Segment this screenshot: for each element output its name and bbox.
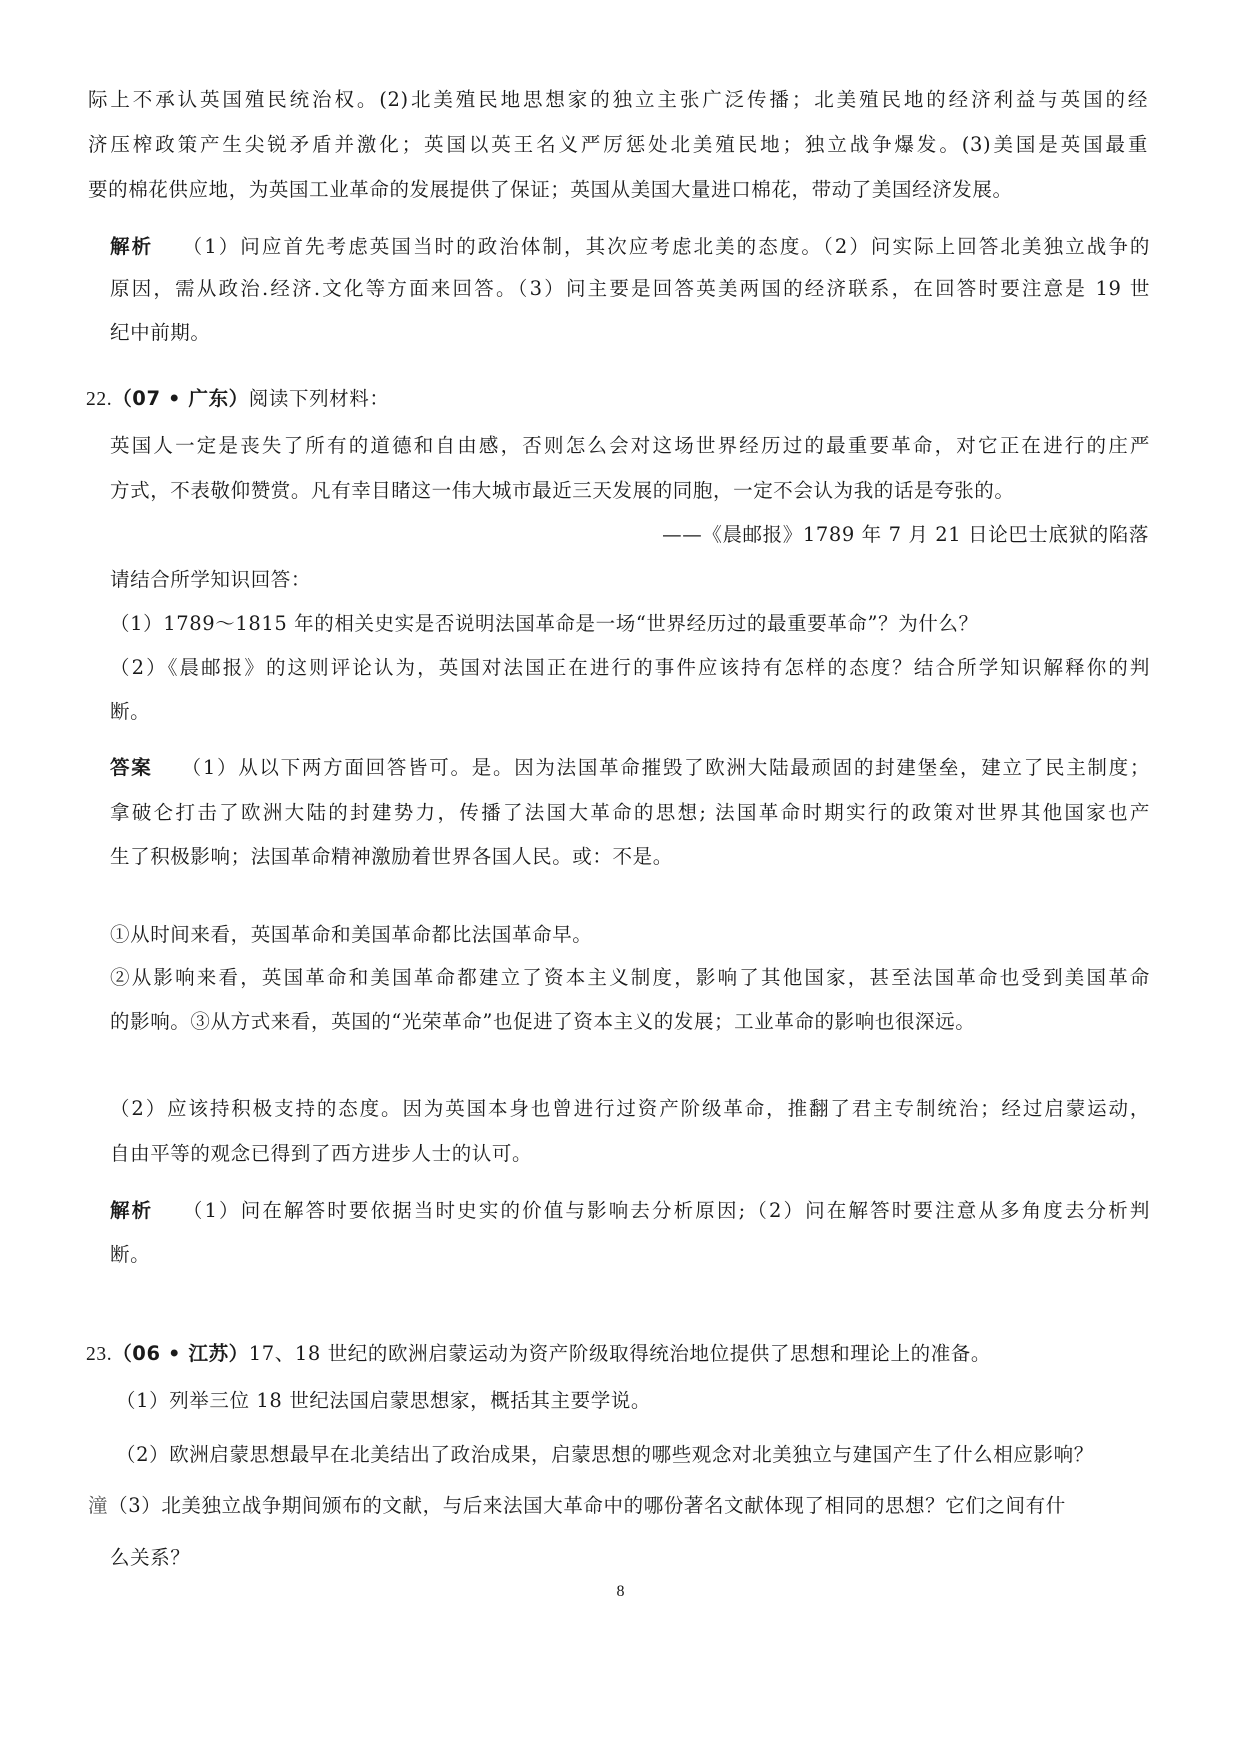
q22-analysis-line: 断。 — [110, 1241, 150, 1269]
answer-continuation-line: 济压榨政策产生尖锐矛盾并激化；英国以英王名义严厉惩处北美殖民地；独立战争爆发。(… — [88, 131, 1148, 159]
answer-line: ①从时间来看，英国革命和美国革命都比法国革命早。 — [110, 921, 592, 949]
question-23-header: 23.（06 • 江苏）17、18 世纪的欧洲启蒙运动为资产阶级取得统治地位提供… — [86, 1340, 991, 1369]
sub-question-2: （2）《晨邮报》的这则评论认为，英国对法国正在进行的事件应该持有怎样的态度？结合… — [110, 654, 1150, 682]
sub-question-2-cont: 断。 — [110, 698, 150, 726]
q21-analysis-line: 解析（1）问应首先考虑英国当时的政治体制，其次应考虑北美的态度。（2）问实际上回… — [110, 233, 1150, 261]
answer-line: 答案（1）从以下两方面回答皆可。是。因为法国革命摧毁了欧洲大陆最顽固的封建堡垒，… — [110, 754, 1150, 782]
document-page: 际上不承认英国殖民统治权。(2)北美殖民地思想家的独立主张广泛传播；北美殖民地的… — [0, 0, 1241, 1754]
sub-question-1: （1）列举三位 18 世纪法国启蒙思想家，概括其主要学说。 — [116, 1387, 651, 1415]
sub-question-3: 潼（3）北美独立战争期间颁布的文献，与后来法国大革命中的哪份著名文献体现了相同的… — [88, 1492, 1066, 1520]
stray-character: 潼 — [88, 1494, 108, 1517]
material-citation: ——《晨邮报》1789 年 7 月 21 日论巴士底狱的陷落 — [662, 521, 1149, 549]
question-source: （06 • 江苏） — [112, 1342, 249, 1365]
answer-line: 自由平等的观念已得到了西方进步人士的认可。 — [110, 1140, 532, 1168]
sub-question-1: （1）1789～1815 年的相关史实是否说明法国革命是一场“世界经历过的最重要… — [110, 610, 979, 638]
answer-label: 答案 — [110, 756, 152, 779]
analysis-text: （1）问应首先考虑英国当时的政治体制，其次应考虑北美的态度。（2）问实际上回答北… — [181, 235, 1150, 258]
question-intro: 17、18 世纪的欧洲启蒙运动为资产阶级取得统治地位提供了思想和理论上的准备。 — [249, 1342, 991, 1365]
answer-line: 拿破仑打击了欧洲大陆的封建势力，传播了法国大革命的思想; 法国革命时期实行的政策… — [110, 799, 1150, 827]
instruction: 请结合所学知识回答： — [110, 566, 311, 594]
sub-question-3-cont: 么关系？ — [110, 1544, 190, 1572]
answer-text: （1）从以下两方面回答皆可。是。因为法国革命摧毁了欧洲大陆最顽固的封建堡垒，建立… — [180, 756, 1150, 779]
answer-line: （2）应该持积极支持的态度。因为英国本身也曾进行过资产阶级革命，推翻了君主专制统… — [110, 1095, 1150, 1123]
page-number: 8 — [0, 1583, 1241, 1601]
answer-line: ②从影响来看，英国革命和美国革命都建立了资本主义制度，影响了其他国家，甚至法国革… — [110, 964, 1150, 992]
question-prompt: 阅读下列材料： — [249, 387, 390, 410]
question-number: 23. — [86, 1344, 112, 1365]
question-source: （07 • 广东） — [112, 387, 249, 410]
analysis-label: 解析 — [110, 1199, 153, 1222]
q22-analysis-line: 解析（1）问在解答时要依据当时史实的价值与影响去分析原因;（2）问在解答时要注意… — [110, 1197, 1150, 1225]
answer-line: 的影响。③从方式来看，英国的“光荣革命”也促进了资本主义的发展；工业革命的影响也… — [110, 1008, 975, 1036]
material-line: 方式，不表敬仰赞赏。凡有幸目睹这一伟大城市最近三天发展的同胞，一定不会认为我的话… — [110, 477, 1015, 505]
question-22-header: 22.（07 • 广东）阅读下列材料： — [86, 385, 389, 414]
q21-analysis-line: 原因，需从政治.经济.文化等方面来回答。（3）问主要是回答英美两国的经济联系，在… — [110, 275, 1150, 303]
analysis-label: 解析 — [110, 235, 153, 258]
question-number: 22. — [86, 389, 112, 410]
sub-question-3-text: （3）北美独立战争期间颁布的文献，与后来法国大革命中的哪份著名文献体现了相同的思… — [108, 1494, 1066, 1517]
q21-analysis-line: 纪中前期。 — [110, 319, 211, 347]
analysis-text: （1）问在解答时要依据当时史实的价值与影响去分析原因;（2）问在解答时要注意从多… — [181, 1199, 1150, 1222]
answer-continuation-line: 际上不承认英国殖民统治权。(2)北美殖民地思想家的独立主张广泛传播；北美殖民地的… — [88, 86, 1148, 114]
answer-line: 生了积极影响；法国革命精神激励着世界各国人民。或：不是。 — [110, 843, 673, 871]
answer-continuation-line: 要的棉花供应地，为英国工业革命的发展提供了保证；英国从美国大量进口棉花，带动了美… — [88, 176, 1013, 204]
sub-question-2: （2）欧洲启蒙思想最早在北美结出了政治成果，启蒙思想的哪些观念对北美独立与建国产… — [116, 1441, 1094, 1469]
material-line: 英国人一定是丧失了所有的道德和自由感，否则怎么会对这场世界经历过的最重要革命，对… — [110, 432, 1150, 460]
